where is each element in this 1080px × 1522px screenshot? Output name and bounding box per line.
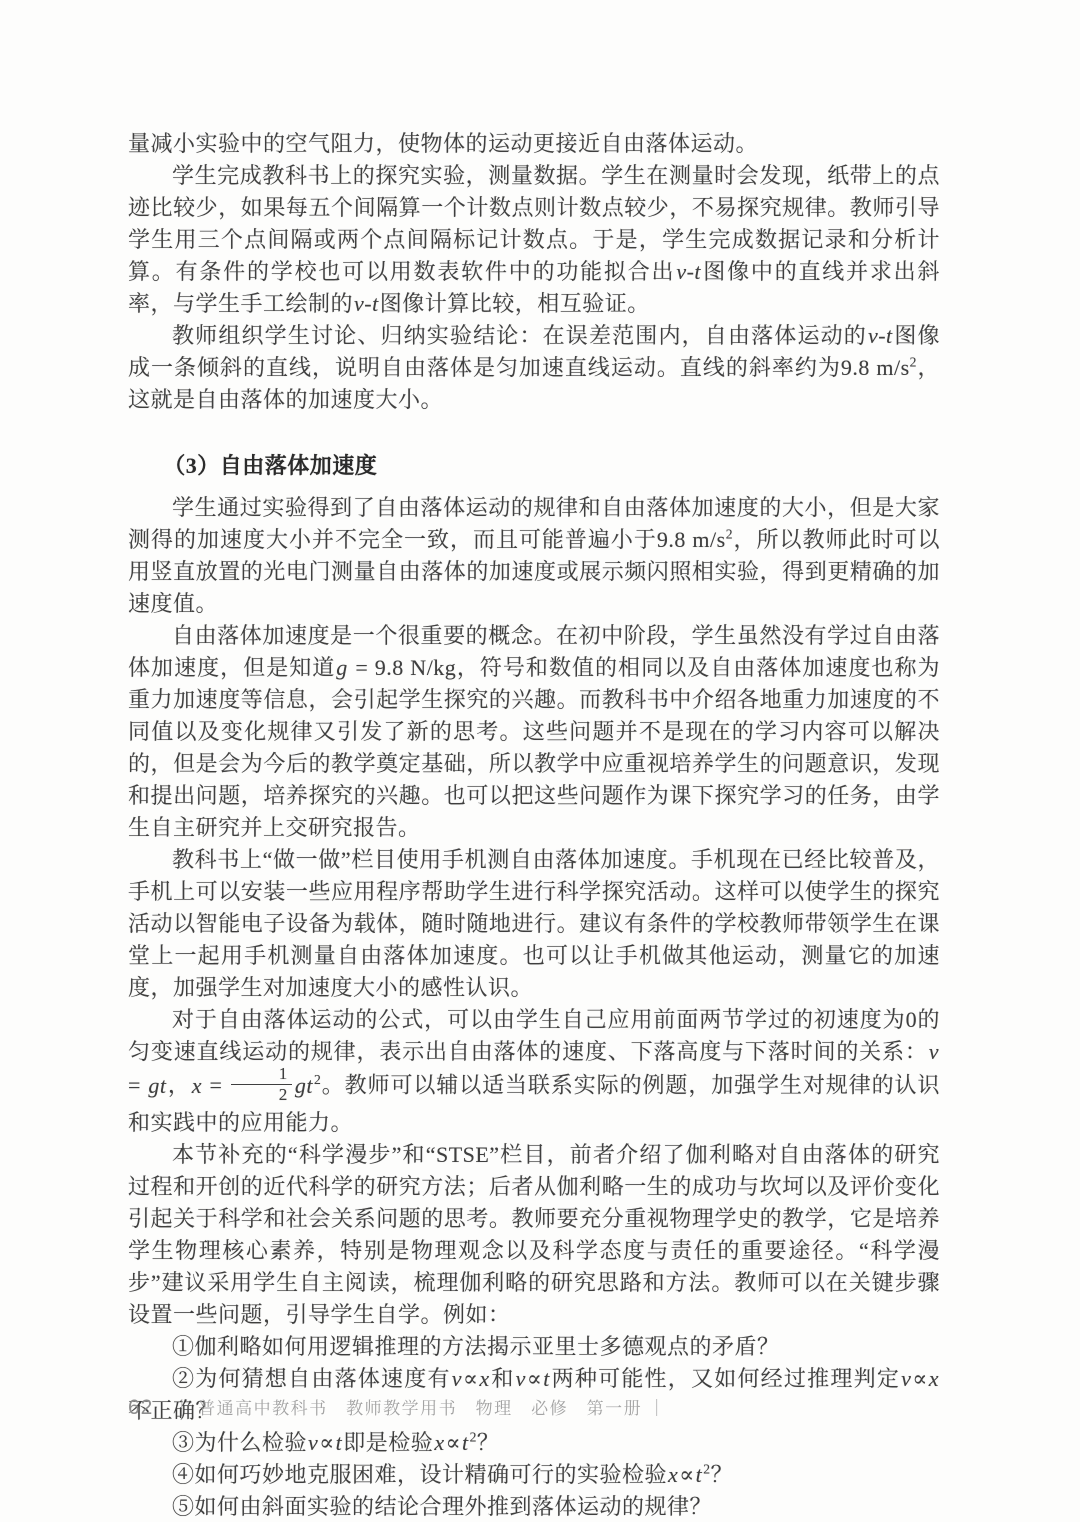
paragraph: 学生通过实验得到了自由落体运动的规律和自由落体加速度的大小，但是大家测得的加速度… xyxy=(128,492,940,620)
superscript: 2 xyxy=(314,1072,321,1087)
page: 量减小实验中的空气阻力，使物体的运动更接近自由落体运动。学生完成教科书上的探究实… xyxy=(0,0,1080,1522)
math-symbol: g xyxy=(335,655,349,680)
math-symbol: gt xyxy=(147,1073,167,1098)
math-symbol: v xyxy=(515,1366,527,1391)
math-symbol: t xyxy=(461,1430,470,1455)
math-symbol: v-t xyxy=(867,323,894,348)
section-heading: （3）自由落体加速度 xyxy=(128,450,940,482)
fraction: 12 xyxy=(231,1065,292,1104)
paragraph: 学生完成教科书上的探究实验，测量数据。学生在测量时会发现，纸带上的点迹比较少，如… xyxy=(128,160,940,320)
list-item: ⑤如何由斜面实验的结论合理外推到落体运动的规律？ xyxy=(128,1491,940,1522)
math-symbol: x xyxy=(667,1462,679,1487)
paragraph: 对于自由落体运动的公式，可以由学生自己应用前面两节学过的初速度为0的匀变速直线运… xyxy=(128,1004,940,1139)
paragraph: 教师组织学生讨论、归纳实验结论：在误差范围内，自由落体运动的v-t图像成一条倾斜… xyxy=(128,320,940,416)
footer-book-info: ｜ 普通高中教科书 教师教学用书 物理 必修 第一册 ｜ xyxy=(173,1394,666,1419)
list-item: ③为什么检验v∝t即是检验x∝t2？ xyxy=(128,1427,940,1459)
math-symbol: x xyxy=(191,1073,203,1098)
superscript: 2 xyxy=(703,1462,710,1477)
superscript: 2 xyxy=(910,355,917,370)
superscript: 2 xyxy=(470,1430,477,1445)
paragraph: 自由落体加速度是一个很重要的概念。在初中阶段，学生虽然没有学过自由落体加速度，但… xyxy=(128,620,940,844)
math-symbol: x xyxy=(928,1366,940,1391)
math-symbol: x xyxy=(433,1430,445,1455)
list-item: ①伽利略如何用逻辑推理的方法揭示亚里士多德观点的矛盾？ xyxy=(128,1331,940,1363)
paragraph: 教科书上“做一做”栏目使用手机测自由落体加速度。手机现在已经比较普及，手机上可以… xyxy=(128,844,940,1004)
math-symbol: t xyxy=(695,1462,704,1487)
superscript: 2 xyxy=(726,527,733,542)
math-symbol: v xyxy=(307,1430,319,1455)
paragraph: 本节补充的“科学漫步”和“STSE”栏目，前者介绍了伽利略对自由落体的研究过程和… xyxy=(128,1139,940,1331)
page-body: 量减小实验中的空气阻力，使物体的运动更接近自由落体运动。学生完成教科书上的探究实… xyxy=(128,128,940,1522)
math-symbol: v xyxy=(451,1366,463,1391)
math-symbol: x xyxy=(478,1366,490,1391)
math-symbol: t xyxy=(335,1430,344,1455)
list-item: ④如何巧妙地克服困难，设计精确可行的实验检验x∝t2？ xyxy=(128,1459,940,1491)
page-footer: 62 ｜ 普通高中教科书 教师教学用书 物理 必修 第一册 ｜ xyxy=(128,1394,667,1420)
math-symbol: v-t xyxy=(353,291,380,316)
math-symbol: v xyxy=(900,1366,912,1391)
math-symbol: t xyxy=(542,1366,551,1391)
math-symbol: v xyxy=(928,1039,940,1064)
page-number: 62 xyxy=(128,1396,153,1420)
math-symbol: gt xyxy=(294,1073,314,1098)
paragraph: 量减小实验中的空气阻力，使物体的运动更接近自由落体运动。 xyxy=(128,128,940,160)
math-symbol: v-t xyxy=(675,259,702,284)
